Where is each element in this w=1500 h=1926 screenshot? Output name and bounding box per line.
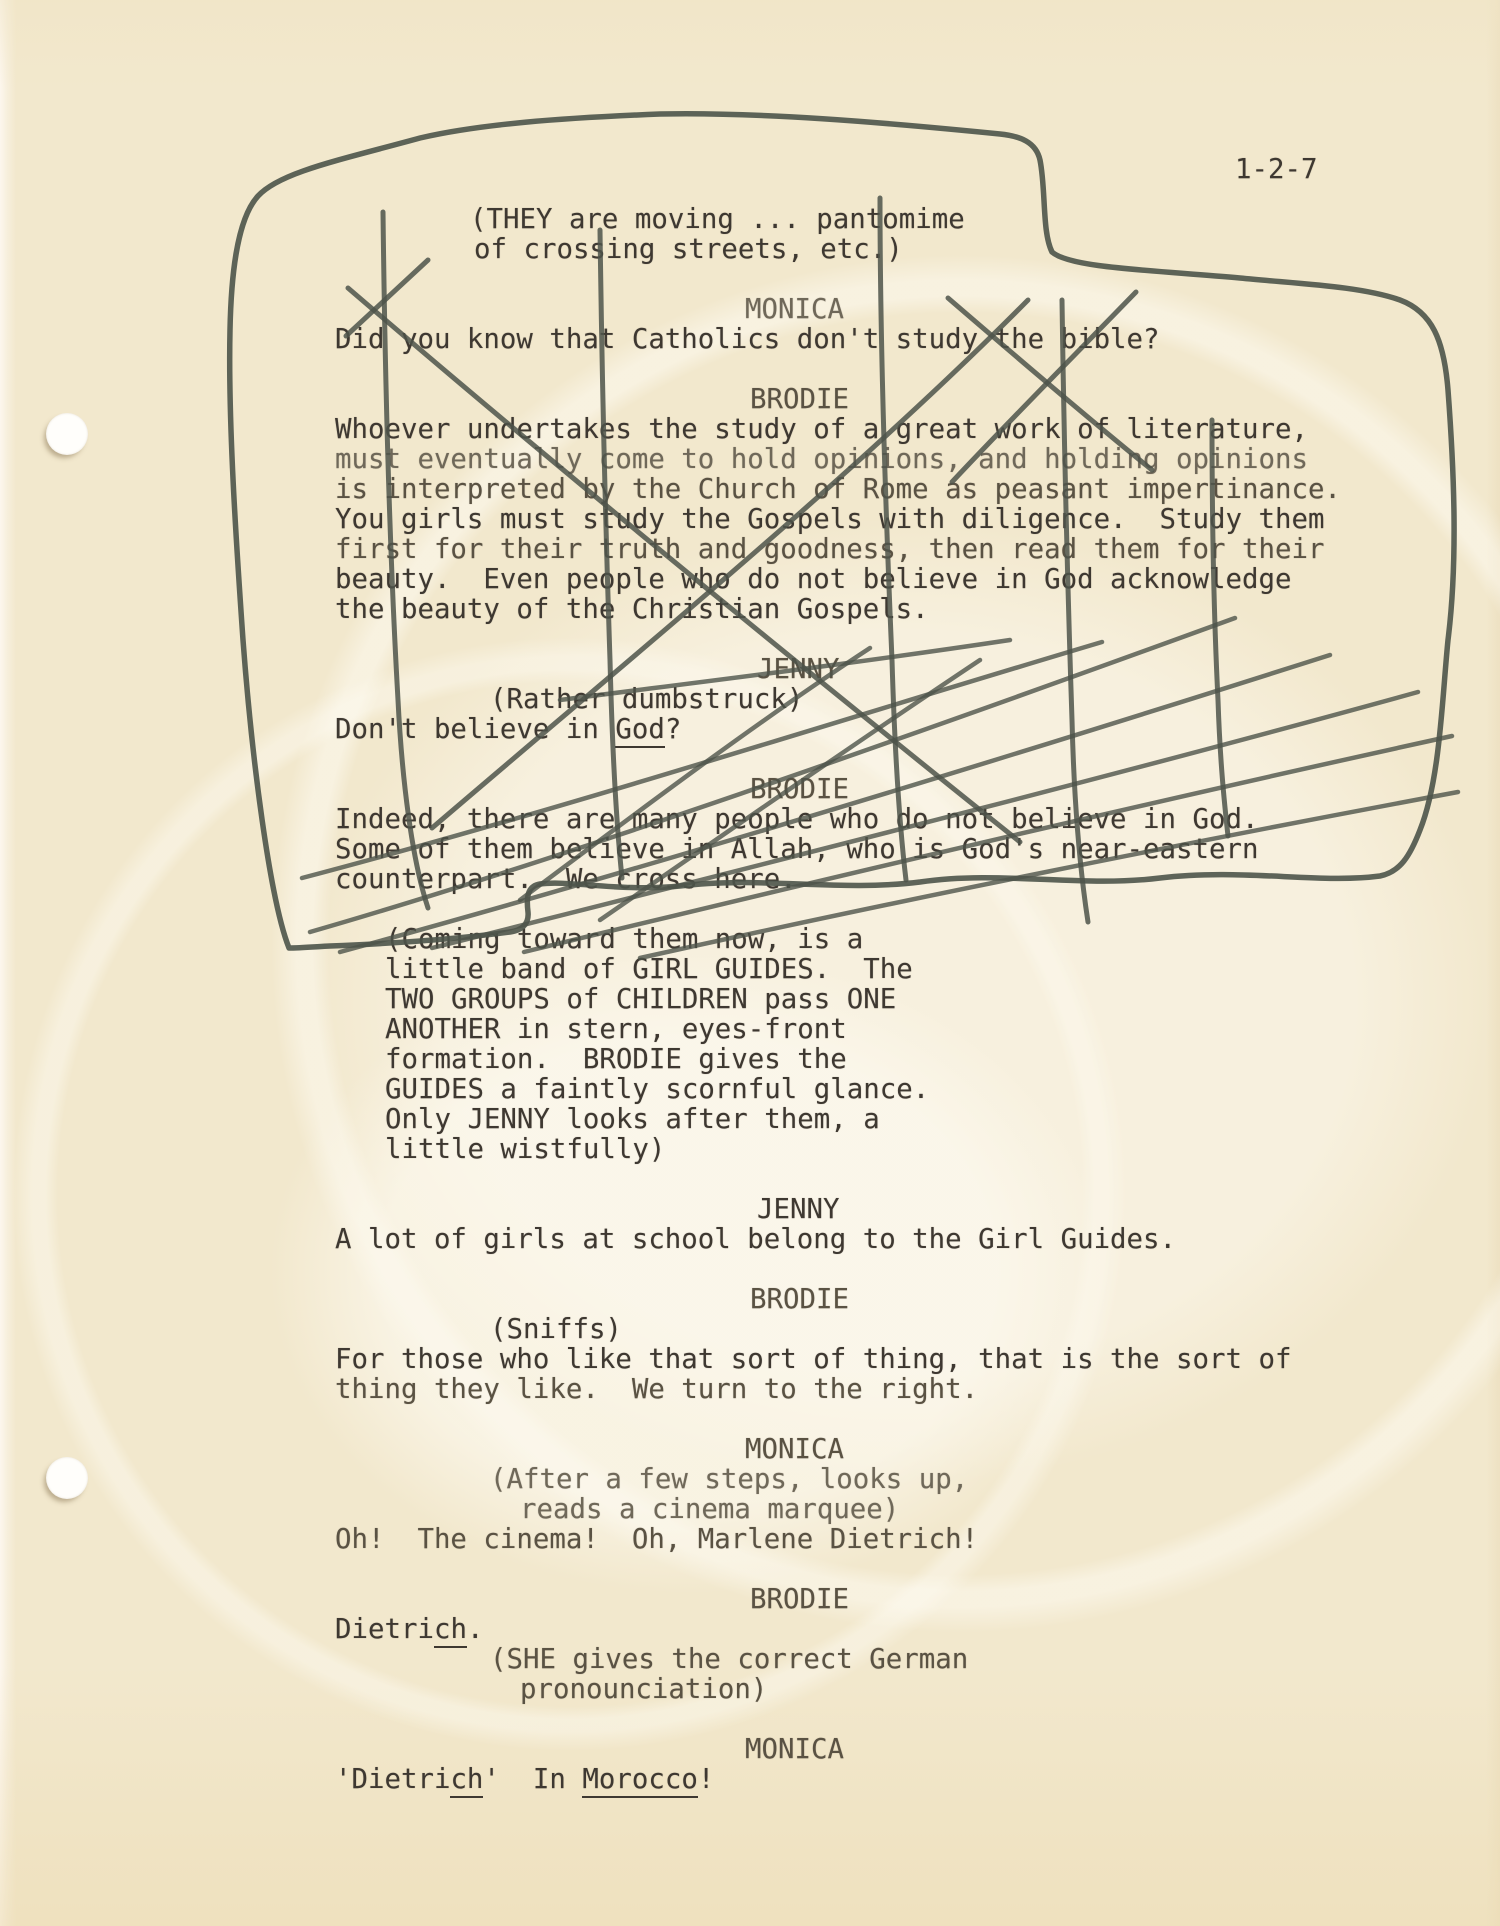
dialogue: Did you know that Catholics don't study … [335,325,1160,355]
character-name-line: BRODIE [750,1585,849,1615]
underlined-word: ch [450,1764,483,1798]
character-name: JENNY [757,1195,839,1225]
typewritten-text-layer: 1-2-7 (THEY are moving ... pantomimeof c… [0,0,1500,1926]
character-name: BRODIE [750,1285,849,1315]
character-name-line: MONICA [745,1735,844,1765]
dialogue-line: A lot of girls at school belong to the G… [335,1225,1176,1255]
character-name: MONICA [745,1435,844,1465]
dialogue-line: must eventually come to hold opinions, a… [335,445,1341,475]
dialogue-line: first for their truth and goodness, then… [335,535,1341,565]
stage-direction-line: (Coming toward them now, is a [385,925,929,955]
dialogue-line: 'Dietrich' In Morocco! [335,1765,714,1795]
character-name: MONICA [745,295,844,325]
parenthetical: (SHE gives the correct Germanpronounciat… [490,1645,968,1705]
character-name: MONICA [745,1735,844,1765]
dialogue-line: thing they like. We turn to the right. [335,1375,1291,1405]
parenthetical-line: reads a cinema marquee) [520,1495,968,1525]
stage-direction-line: TWO GROUPS of CHILDREN pass ONE [385,985,929,1015]
parenthetical-line: (SHE gives the correct German [490,1645,968,1675]
stage-direction: (THEY are moving ... pantomimeof crossin… [470,205,965,265]
stage-direction-line: little wistfully) [385,1135,929,1165]
dialogue-line: Whoever undertakes the study of a great … [335,415,1341,445]
dialogue-line: Indeed, there are many people who do not… [335,805,1258,835]
parenthetical: (Rather dumbstruck) [490,685,803,715]
character-name: BRODIE [750,1585,849,1615]
dialogue: Don't believe in God? [335,715,681,745]
underlined-word: God [615,714,664,748]
underlined-word: Morocco [582,1764,697,1798]
dialogue-line: For those who like that sort of thing, t… [335,1345,1291,1375]
character-name: BRODIE [750,385,849,415]
dialogue-line: You girls must study the Gospels with di… [335,505,1341,535]
page-number: 1-2-7 [1235,155,1317,185]
stage-direction-line: GUIDES a faintly scornful glance. [385,1075,929,1105]
script-page: 1-2-7 (THEY are moving ... pantomimeof c… [0,0,1500,1926]
parenthetical-line: (After a few steps, looks up, [490,1465,968,1495]
character-name-line: BRODIE [750,775,849,805]
character-name: BRODIE [750,775,849,805]
dialogue: For those who like that sort of thing, t… [335,1345,1291,1405]
stage-direction: (Coming toward them now, is alittle band… [385,925,929,1165]
underlined-word: ch [434,1614,467,1648]
character-name-line: MONICA [745,1435,844,1465]
parenthetical-line: (Sniffs) [490,1315,622,1345]
stage-direction-line: (THEY are moving ... pantomime [470,205,965,235]
dialogue: Oh! The cinema! Oh, Marlene Dietrich! [335,1525,978,1555]
dialogue-line: Oh! The cinema! Oh, Marlene Dietrich! [335,1525,978,1555]
character-name: JENNY [757,655,839,685]
dialogue-line: is interpreted by the Church of Rome as … [335,475,1341,505]
stage-direction-line: of crossing streets, etc.) [474,235,965,265]
character-name-line: JENNY [757,1195,839,1225]
dialogue: 'Dietrich' In Morocco! [335,1765,714,1795]
dialogue: Dietrich. [335,1615,483,1645]
dialogue-line: counterpart. We cross here. [335,865,1258,895]
parenthetical-line: (Rather dumbstruck) [490,685,803,715]
dialogue-line: Some of them believe in Allah, who is Go… [335,835,1258,865]
dialogue-line: Dietrich. [335,1615,483,1645]
character-name-line: JENNY [757,655,839,685]
parenthetical-line: pronounciation) [520,1675,968,1705]
character-name-line: BRODIE [750,1285,849,1315]
parenthetical: (Sniffs) [490,1315,622,1345]
dialogue-line: the beauty of the Christian Gospels. [335,595,1341,625]
dialogue-line: Did you know that Catholics don't study … [335,325,1160,355]
dialogue-line: Don't believe in God? [335,715,681,745]
stage-direction-line: formation. BRODIE gives the [385,1045,929,1075]
character-name-line: BRODIE [750,385,849,415]
dialogue: Indeed, there are many people who do not… [335,805,1258,895]
stage-direction-line: ANOTHER in stern, eyes-front [385,1015,929,1045]
dialogue: Whoever undertakes the study of a great … [335,415,1341,625]
stage-direction-line: little band of GIRL GUIDES. The [385,955,929,985]
parenthetical: (After a few steps, looks up,reads a cin… [490,1465,968,1525]
character-name-line: MONICA [745,295,844,325]
dialogue: A lot of girls at school belong to the G… [335,1225,1176,1255]
dialogue-line: beauty. Even people who do not believe i… [335,565,1341,595]
stage-direction-line: Only JENNY looks after them, a [385,1105,929,1135]
